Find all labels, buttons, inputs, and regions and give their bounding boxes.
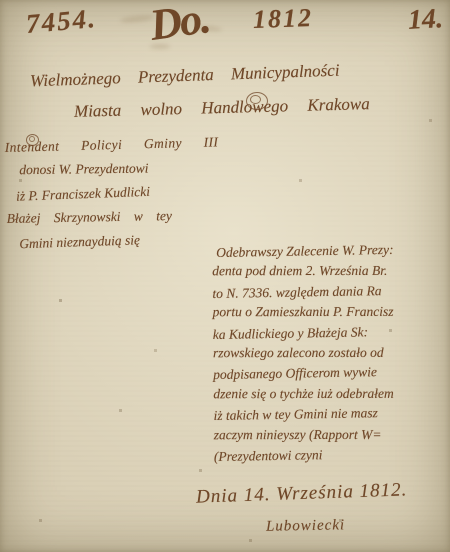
left-margin-note: Intendent Policyi Gminy III donosi W. Pr… [4,130,229,256]
address-line-1: Wielmożnego Prezydenta Municypalności [30,61,340,92]
body-line: denta pod dniem 2. Września Br. [212,261,447,282]
body-line: iż takich w tey Gmini nie masz [213,402,448,427]
body-line: dzenie się o tychże iuż odebrałem [213,384,448,405]
body-line: to N. 7336. względem dania Ra [212,280,447,305]
date-line: Dnia 14. Września 1812. [196,479,408,508]
body-line: (Prezydentowi czyni [214,443,449,468]
body-line: portu o Zamieszkaniu P. Francisz [213,302,448,323]
page-number: 14. [407,3,444,37]
ornate-do-flourish: Do. [147,0,212,51]
paper-speckles [0,0,1,1]
registry-number: 7454. [25,3,98,40]
year-label: 1812 [252,3,313,35]
body-line: Odebrawszy Zalecenie W. Prezy: [212,239,447,264]
body-line: ka Kudlickiego y Błażeja Sk: [213,321,448,346]
body-line: podpisanego Officerom wywie [213,361,448,386]
ring-flourish-icon [246,92,268,110]
body-line: zaczym ninieyszy (Rapport W= [214,424,449,445]
body-paragraph: Odebrawszy Zalecenie W. Prezy: denta pod… [212,240,449,467]
body-line: rzowskiego zalecono zostało od [213,343,448,364]
manuscript-page: 7454. Do. 1812 14. Wielmożnego Prezydent… [0,0,450,552]
address-line-2: Miasta wolno Handlowego Krakowa [74,94,370,122]
signature: Lubowiecki [266,517,345,535]
